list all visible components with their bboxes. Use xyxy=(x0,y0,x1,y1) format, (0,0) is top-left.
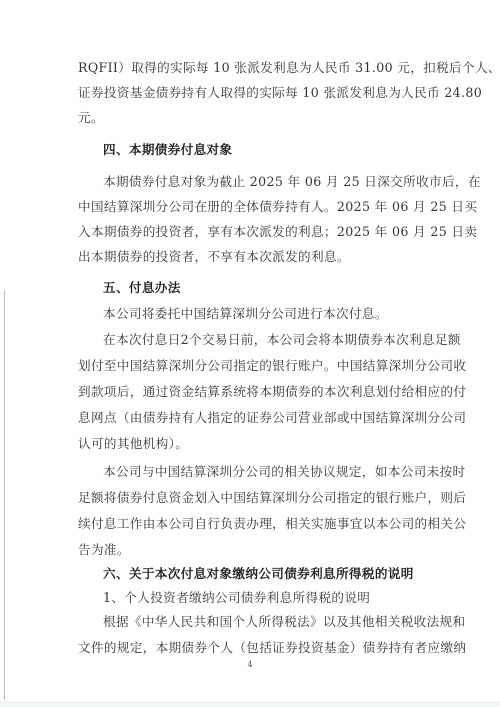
text-line-22: 根据《中华人民共和国个人所得税法》以及其他相关税收法规和 xyxy=(103,614,448,630)
section-heading-5: 五、付息办法 xyxy=(103,280,448,296)
text-line-23: 文件的规定，本期债券个人（包括证券投资基金）债券持有者应缴纳 xyxy=(78,640,423,656)
text-line-3: 元。 xyxy=(78,110,423,126)
text-line-16: 本公司与中国结算深圳分公司的相关协议规定，如本公司未按时 xyxy=(103,464,448,480)
text-line-14: 息网点（由债券持有人指定的证券公司营业部或中国结算深圳分公司 xyxy=(78,410,423,426)
subheading-1: 1、个人投资者缴纳公司债券利息所得税的说明 xyxy=(103,590,448,606)
text-line-13: 到款项后，通过资金结算系统将本期债券的本次利息划付给相应的付 xyxy=(78,384,423,400)
text-line-12: 划付至中国结算深圳分公司指定的银行账户。中国结算深圳分公司收 xyxy=(78,358,423,374)
text-line-10: 本公司将委托中国结算深圳分公司进行本次付息。 xyxy=(103,306,448,322)
text-line-7: 入本期债券的投资者，享有本次派发的利息；2025 年 06 月 25 日卖 xyxy=(78,224,423,240)
text-line-2: 证券投资基金债券持有人取得的实际每 10 张派发利息为人民币 24.80 xyxy=(78,85,423,101)
text-line-15: 认可的其他机构）。 xyxy=(78,436,423,452)
page-bottom-strip xyxy=(0,701,500,707)
text-line-17: 足额将债券付息资金划入中国结算深圳分公司指定的银行账户，则后 xyxy=(78,490,423,506)
section-heading-4: 四、本期债券付息对象 xyxy=(103,142,448,158)
page-number: 4 xyxy=(0,660,500,669)
page-edge xyxy=(4,290,5,700)
text-line-1: RQFII）取得的实际每 10 张派发利息为人民币 31.00 元，扣税后个人、 xyxy=(78,60,423,76)
text-line-11: 在本次付息日2个交易日前，本公司会将本期债券本次利息足额 xyxy=(103,332,448,348)
text-line-18: 续付息工作由本公司自行负责办理，相关实施事宜以本公司的相关公 xyxy=(78,516,423,532)
text-line-6: 中国结算深圳分公司在册的全体债券持有人。2025 年 06 月 25 日买 xyxy=(78,199,423,215)
text-line-19: 告为准。 xyxy=(78,542,423,558)
text-line-5: 本期债券付息对象为截止 2025 年 06 月 25 日深交所收市后，在 xyxy=(103,174,448,190)
text-line-8: 出本期债券的投资者，不享有本次派发的利息。 xyxy=(78,249,423,265)
section-heading-6: 六、关于本次付息对象缴纳公司债券利息所得税的说明 xyxy=(103,566,448,582)
